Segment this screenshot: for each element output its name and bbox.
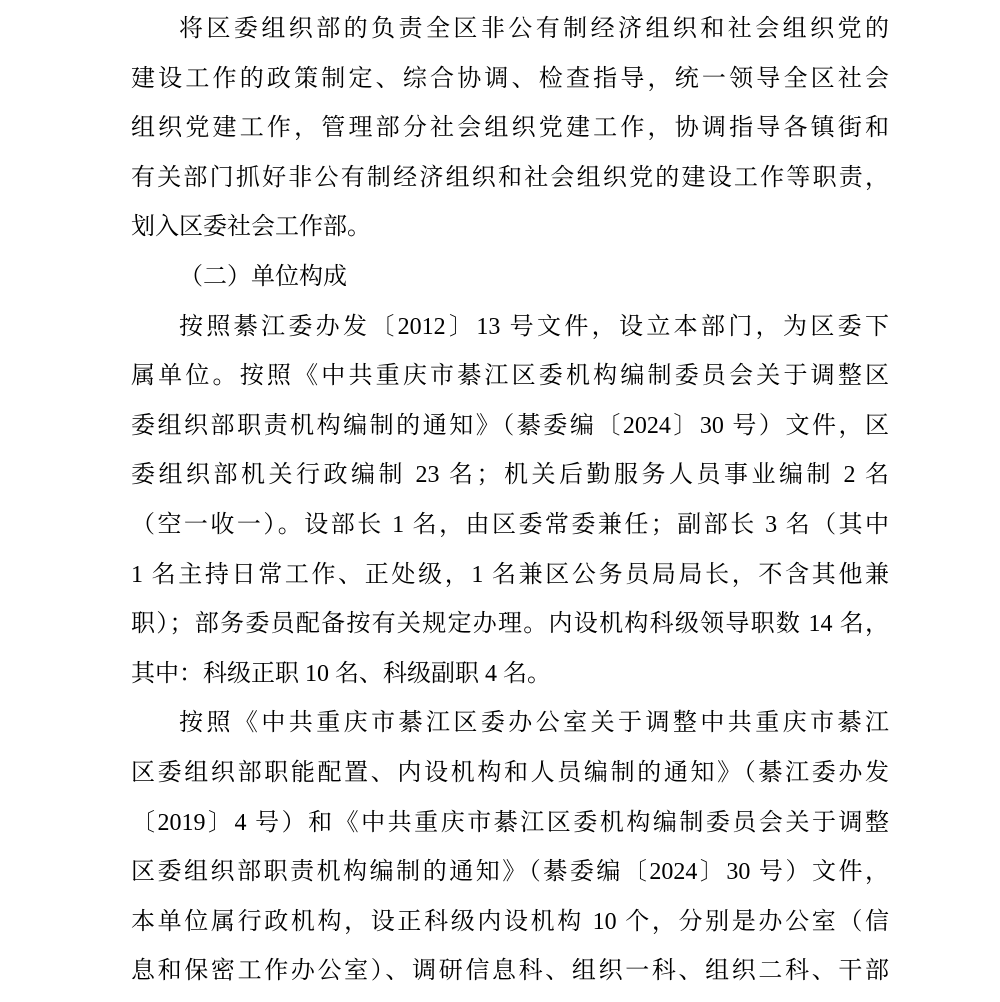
text-line: 本单位属行政机构，设正科级内设机构 10 个，分别是办公室（信	[131, 898, 889, 948]
text-line: 划入区委社会工作部。	[131, 203, 889, 253]
text-line: 职）；部务委员配备按有关规定办理。内设机构科级领导职数 14 名，	[131, 600, 889, 650]
text-line: 委组织部机关行政编制 23 名；机关后勤服务人员事业编制 2 名	[131, 451, 889, 501]
text-line: 属单位。按照《中共重庆市綦江区委机构编制委员会关于调整区	[131, 352, 889, 402]
text-line: 组织党建工作，管理部分社会组织党建工作，协调指导各镇街和	[131, 104, 889, 154]
document-page: 将区委组织部的负责全区非公有制经济组织和社会组织党的建设工作的政策制定、综合协调…	[0, 0, 1000, 1002]
text-line: 建设工作的政策制定、综合协调、检查指导，统一领导全区社会	[131, 55, 889, 105]
text-line: 按照《中共重庆市綦江区委办公室关于调整中共重庆市綦江	[131, 699, 889, 749]
text-line: 区委组织部职责机构编制的通知》（綦委编〔2024〕30 号）文件，	[131, 848, 889, 898]
text-line: 息和保密工作办公室）、调研信息科、组织一科、组织二科、干部	[131, 947, 889, 997]
text-line: 委组织部职责机构编制的通知》（綦委编〔2024〕30 号）文件，区	[131, 402, 889, 452]
text-line: 有关部门抓好非公有制经济组织和社会组织党的建设工作等职责，	[131, 154, 889, 204]
text-line: 其中：科级正职 10 名、科级副职 4 名。	[131, 650, 889, 700]
text-line: 〔2019〕4 号）和《中共重庆市綦江区委机构编制委员会关于调整	[131, 799, 889, 849]
text-line: 1 名主持日常工作、正处级，1 名兼区公务员局局长，不含其他兼	[131, 551, 889, 601]
text-line: （空一收一）。设部长 1 名，由区委常委兼任；副部长 3 名（其中	[131, 501, 889, 551]
document-text-block: 将区委组织部的负责全区非公有制经济组织和社会组织党的建设工作的政策制定、综合协调…	[131, 5, 889, 997]
text-line: 将区委组织部的负责全区非公有制经济组织和社会组织党的	[131, 5, 889, 55]
text-line: 区委组织部职能配置、内设机构和人员编制的通知》（綦江委办发	[131, 749, 889, 799]
section-heading: （二）单位构成	[131, 253, 889, 303]
text-line: 按照綦江委办发〔2012〕13 号文件，设立本部门，为区委下	[131, 303, 889, 353]
